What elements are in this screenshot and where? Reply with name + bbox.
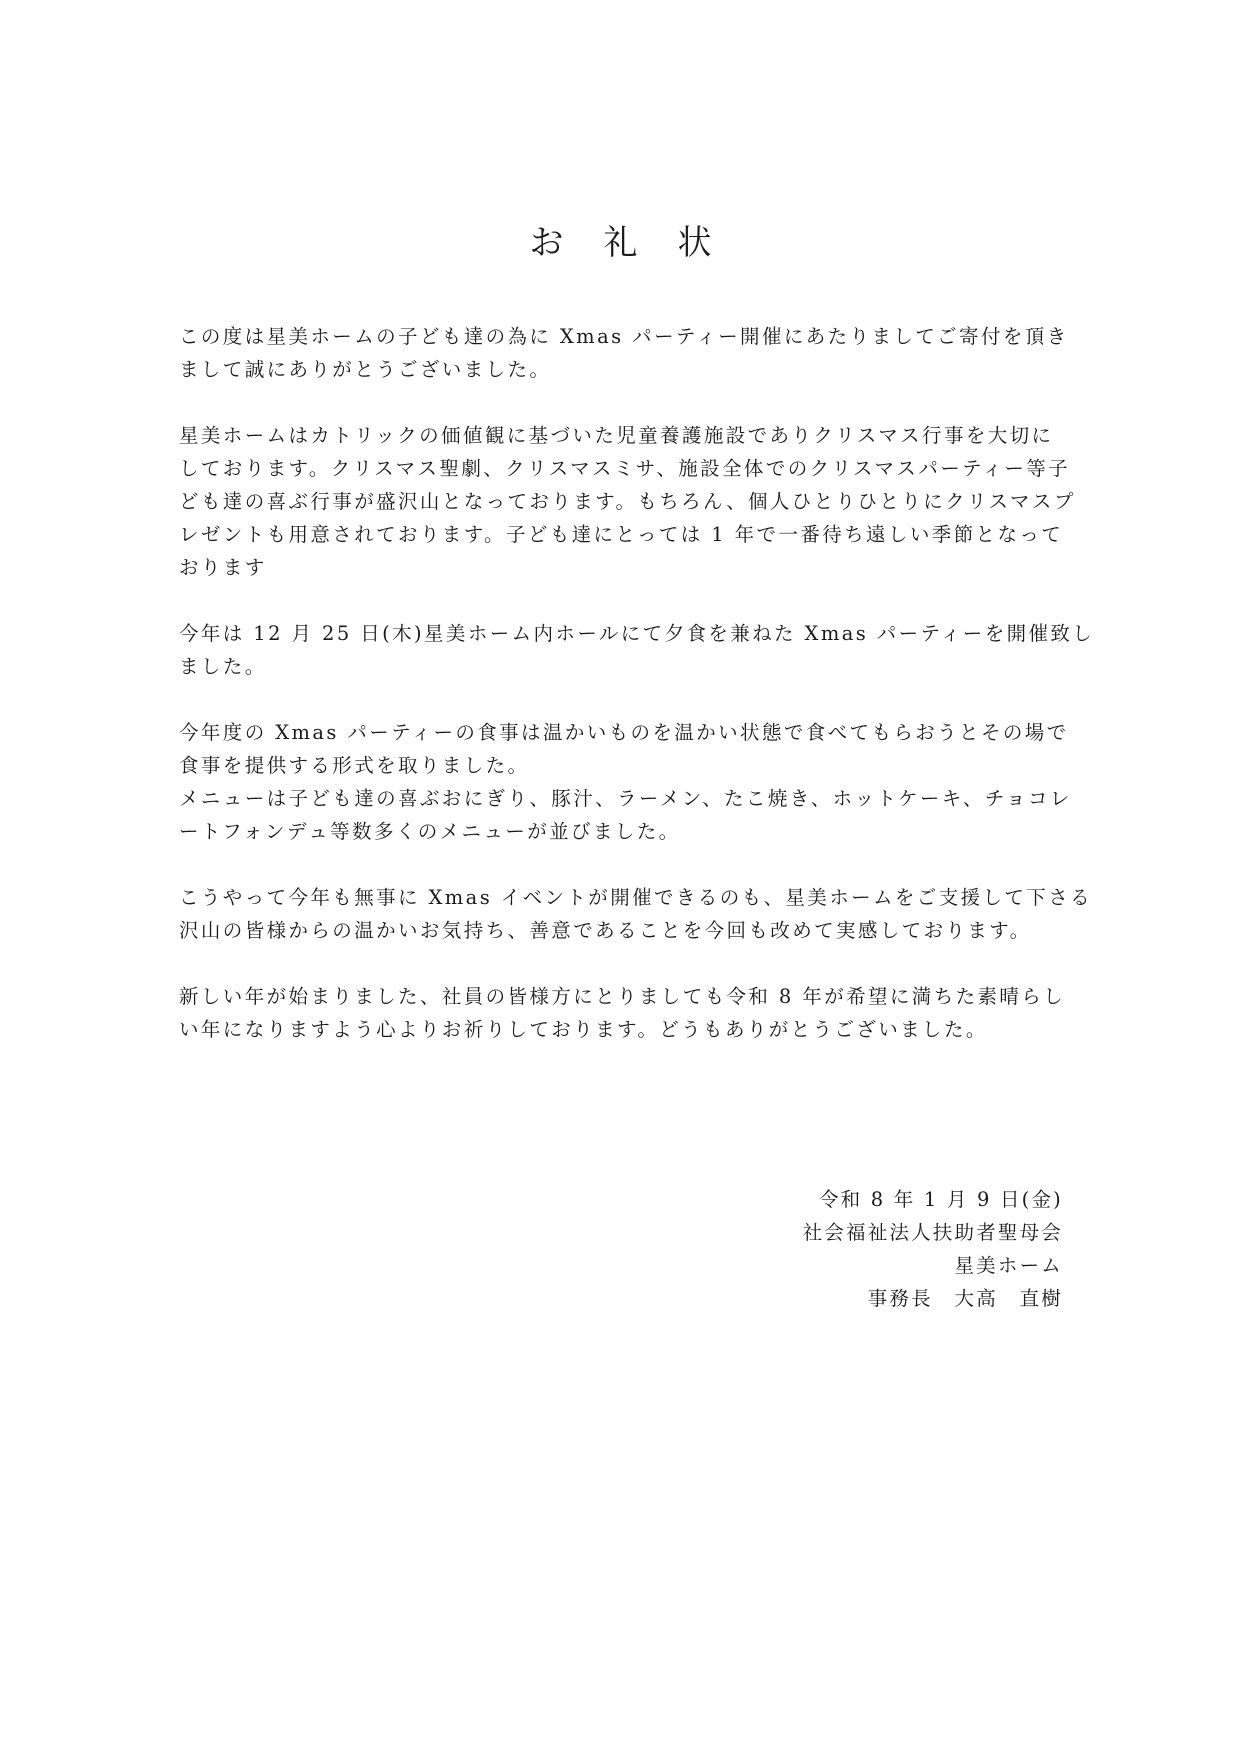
paragraph-line: ました。 bbox=[179, 650, 1063, 683]
paragraph-line: おります bbox=[179, 551, 1063, 584]
signature-organization: 社会福祉法人扶助者聖母会 bbox=[803, 1216, 1063, 1249]
signature-block: 令和 8 年 1 月 9 日(金) 社会福祉法人扶助者聖母会 星美ホーム 事務長… bbox=[803, 1183, 1063, 1315]
paragraph-line: い年になりますよう心よりお祈りしております。どうもありがとうございました。 bbox=[179, 1013, 1063, 1046]
paragraph-line: 食事を提供する形式を取りました。 bbox=[179, 749, 1063, 782]
paragraph-line: メニューは子ども達の喜ぶおにぎり、豚汁、ラーメン、たこ焼き、ホットケーキ、チョコ… bbox=[179, 782, 1063, 815]
paragraph-gratitude: この度は星美ホームの子ども達の為に Xmas パーティー開催にあたりましてご寄付… bbox=[179, 320, 1063, 386]
paragraph-line: 新しい年が始まりました、社員の皆様方にとりましても令和 8 年が希望に満ちた素晴… bbox=[179, 980, 1063, 1013]
paragraph-line: レゼントも用意されております。子ども達にとっては 1 年で一番待ち遠しい季節とな… bbox=[179, 518, 1063, 551]
paragraph-line: この度は星美ホームの子ども達の為に Xmas パーティー開催にあたりましてご寄付… bbox=[179, 320, 1063, 353]
letter-title: お礼状 bbox=[0, 218, 1241, 268]
letter-body: この度は星美ホームの子ども達の為に Xmas パーティー開催にあたりましてご寄付… bbox=[179, 320, 1063, 1079]
paragraph-menu: 今年度の Xmas パーティーの食事は温かいものを温かい状態で食べてもらおうとそ… bbox=[179, 716, 1063, 848]
signature-date: 令和 8 年 1 月 9 日(金) bbox=[803, 1183, 1063, 1216]
paragraph-line: 今年は 12 月 25 日(木)星美ホーム内ホールにて夕食を兼ねた Xmas パ… bbox=[179, 617, 1063, 650]
paragraph-about-home: 星美ホームはカトリックの価値観に基づいた児童養護施設でありクリスマス行事を大切に… bbox=[179, 419, 1063, 584]
paragraph-line: 今年度の Xmas パーティーの食事は温かいものを温かい状態で食べてもらおうとそ… bbox=[179, 716, 1063, 749]
paragraph-line: ートフォンデュ等数多くのメニューが並びました。 bbox=[179, 815, 1063, 848]
paragraph-line: 沢山の皆様からの温かいお気持ち、善意であることを今回も改めて実感しております。 bbox=[179, 914, 1063, 947]
paragraph-event-date: 今年は 12 月 25 日(木)星美ホーム内ホールにて夕食を兼ねた Xmas パ… bbox=[179, 617, 1063, 683]
letter-page: お礼状 この度は星美ホームの子ども達の為に Xmas パーティー開催にあたりまし… bbox=[0, 0, 1241, 1755]
paragraph-line: 星美ホームはカトリックの価値観に基づいた児童養護施設でありクリスマス行事を大切に bbox=[179, 419, 1063, 452]
signature-facility: 星美ホーム bbox=[803, 1249, 1063, 1282]
signature-signer: 事務長 大高 直樹 bbox=[803, 1282, 1063, 1315]
paragraph-thanks-support: こうやって今年も無事に Xmas イベントが開催できるのも、星美ホームをご支援し… bbox=[179, 881, 1063, 947]
paragraph-line: しております。クリスマス聖劇、クリスマスミサ、施設全体でのクリスマスパーティー等… bbox=[179, 452, 1063, 485]
paragraph-line: ども達の喜ぶ行事が盛沢山となっております。もちろん、個人ひとりひとりにクリスマス… bbox=[179, 485, 1063, 518]
paragraph-line: まして誠にありがとうございました。 bbox=[179, 353, 1063, 386]
paragraph-line: こうやって今年も無事に Xmas イベントが開催できるのも、星美ホームをご支援し… bbox=[179, 881, 1063, 914]
paragraph-new-year: 新しい年が始まりました、社員の皆様方にとりましても令和 8 年が希望に満ちた素晴… bbox=[179, 980, 1063, 1046]
